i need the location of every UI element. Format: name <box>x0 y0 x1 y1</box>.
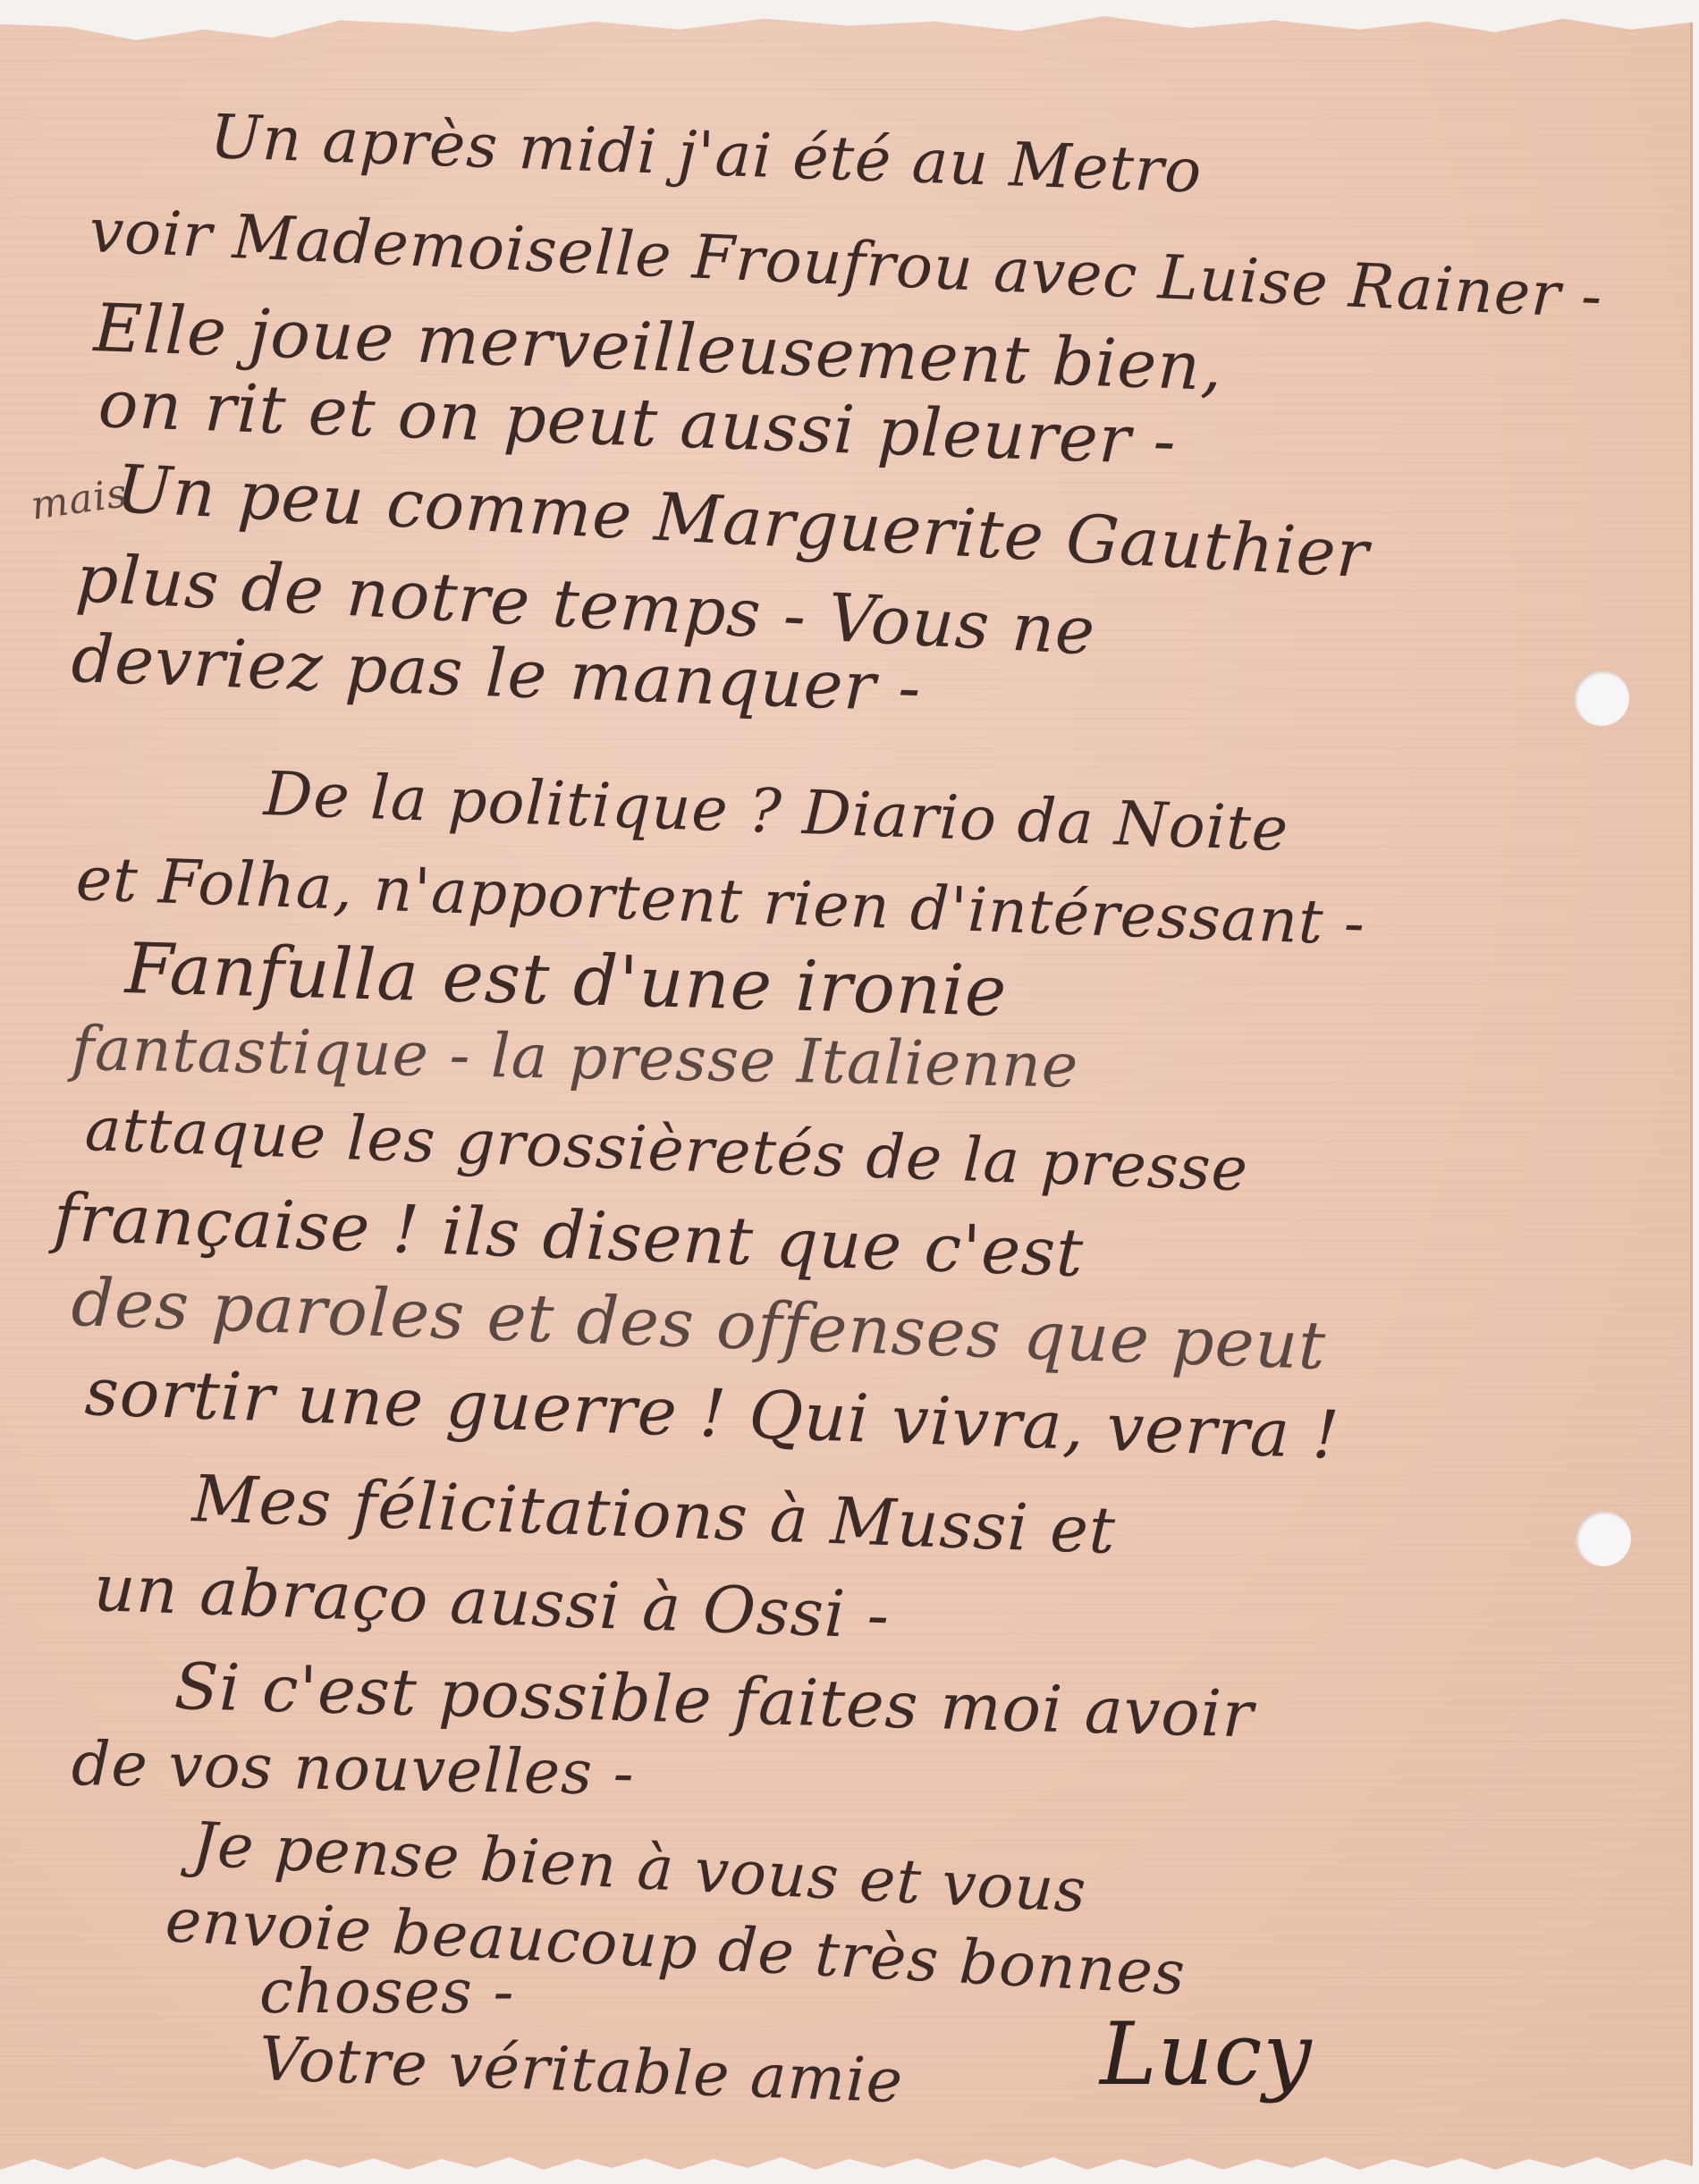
letter-line: De la politique ? Diario da Noite <box>263 764 1289 861</box>
letter-line: Si c'est possible faites moi avoir <box>173 1654 1255 1747</box>
letter-line: un abraço aussi à Ossi - <box>93 1556 892 1648</box>
letter-line: Mes félicitations à Mussi et <box>191 1466 1117 1563</box>
letter-line: choses - <box>259 1962 514 2023</box>
letter-line: fantastique - la presse Italienne <box>71 1019 1078 1098</box>
letter-line: Fanfulla est d'une ironie <box>124 934 1008 1027</box>
letter-line: Votre véritable amie <box>258 2029 904 2112</box>
letter-line: Un après midi j'ai été au Metro <box>209 107 1204 203</box>
letter-line: de vos nouvelles - <box>71 1734 635 1805</box>
letter-body: Un après midi j'ai été au Metro voir Mad… <box>0 0 1699 2184</box>
signature: Lucy <box>1100 2011 1313 2097</box>
